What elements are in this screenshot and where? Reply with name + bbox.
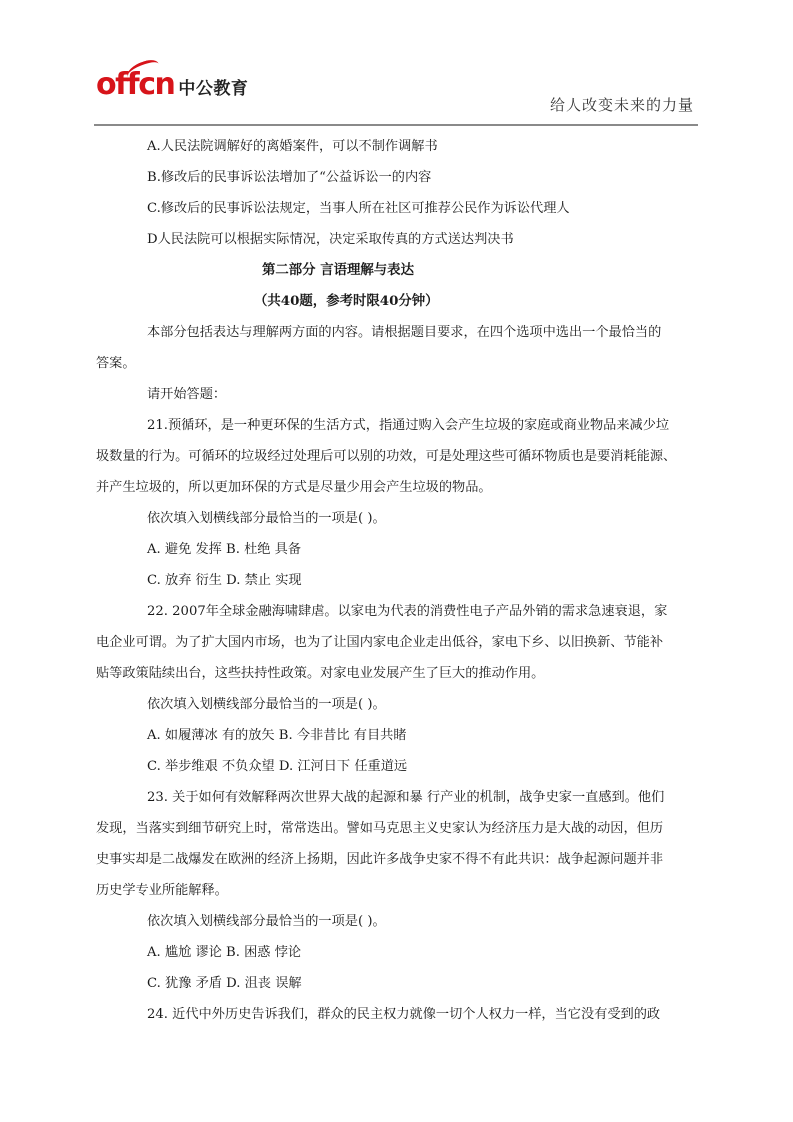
question-prompt: 依次填入划横线部分最恰当的一项是( )。 xyxy=(96,503,702,534)
question-stem-line: 史事实却是二战爆发在欧洲的经济上扬期，因此许多战争史家不得不有此共识：战争起源问… xyxy=(96,844,702,875)
question-stem-line: 24. 近代中外历史告诉我们，群众的民主权力就像一切个人权力一样，当它没有受到的… xyxy=(96,999,702,1030)
question-stem-line: 22. 2007年全球金融海啸肆虐。以家电为代表的消费性电子产品外销的需求急速衰… xyxy=(96,596,702,627)
option-line: D人民法院可以根据实际情况，决定采取传真的方式送达判决书 xyxy=(96,224,702,255)
question-stem-line: 23. 关于如何有效解释两次世界大战的起源和暴 行产业的机制，战争史家一直感到。… xyxy=(96,782,702,813)
question-stem-line: 21.预循环，是一种更环保的生活方式，指通过购入会产生垃圾的家庭或商业物品来减少… xyxy=(96,410,702,441)
offcn-logo: offcn 中公教育 xyxy=(96,66,248,100)
question-21: 21.预循环，是一种更环保的生活方式，指通过购入会产生垃圾的家庭或商业物品来减少… xyxy=(96,410,702,596)
document-body: A.人民法院调解好的离婚案件，可以不制作调解书 B.修改后的民事诉讼法增加了“公… xyxy=(96,131,702,1030)
option-line: C.修改后的民事诉讼法规定，当事人所在社区可推荐公民作为诉讼代理人 xyxy=(96,193,702,224)
section-title: 第二部分 言语理解与表达 xyxy=(96,255,702,286)
logo-latin-wordmark: offcn xyxy=(96,70,174,100)
previous-question-options: A.人民法院调解好的离婚案件，可以不制作调解书 B.修改后的民事诉讼法增加了“公… xyxy=(96,131,702,255)
page-header: offcn 中公教育 给人改变未来的力量 xyxy=(94,62,698,126)
section-intro: 本部分包括表达与理解两方面的内容。请根据题目要求，在四个选项中选出一个最恰当的 … xyxy=(96,317,702,410)
question-prompt: 依次填入划横线部分最恰当的一项是( )。 xyxy=(96,906,702,937)
intro-line: 答案。 xyxy=(96,348,702,379)
document-page: offcn 中公教育 给人改变未来的力量 A.人民法院调解好的离婚案件，可以不制… xyxy=(0,0,793,1122)
question-options: C. 举步维艰 不负众望 D. 江河日下 任重道远 xyxy=(96,751,702,782)
question-stem-line: 发现，当落实到细节研究上时，常常迭出。譬如马克思主义史家认为经济压力是大战的动因… xyxy=(96,813,702,844)
question-options: A. 避免 发挥 B. 杜绝 具备 xyxy=(96,534,702,565)
question-stem-line: 电企业可谓。为了扩大国内市场，也为了让国内家电企业走出低谷，家电下乡、以旧换新、… xyxy=(96,627,702,658)
section-subtitle: （共40题，参考时限40分钟） xyxy=(96,286,702,317)
question-24: 24. 近代中外历史告诉我们，群众的民主权力就像一切个人权力一样，当它没有受到的… xyxy=(96,999,702,1030)
question-options: A. 如履薄冰 有的放矢 B. 今非昔比 有目共睹 xyxy=(96,720,702,751)
option-line: B.修改后的民事诉讼法增加了“公益诉讼一的内容 xyxy=(96,162,702,193)
question-stem-line: 历史学专业所能解释。 xyxy=(96,875,702,906)
header-slogan: 给人改变未来的力量 xyxy=(550,94,694,115)
start-instruction: 请开始答题： xyxy=(96,379,702,410)
question-23: 23. 关于如何有效解释两次世界大战的起源和暴 行产业的机制，战争史家一直感到。… xyxy=(96,782,702,999)
question-prompt: 依次填入划横线部分最恰当的一项是( )。 xyxy=(96,689,702,720)
logo-chinese-wordmark: 中公教育 xyxy=(178,78,248,100)
question-stem-line: 圾数量的行为。可循环的垃圾经过处理后可以别的功效，可是处理这些可循环物质也是要消… xyxy=(96,441,702,472)
question-options: C. 放弃 衍生 D. 禁止 实现 xyxy=(96,565,702,596)
question-22: 22. 2007年全球金融海啸肆虐。以家电为代表的消费性电子产品外销的需求急速衰… xyxy=(96,596,702,782)
option-line: A.人民法院调解好的离婚案件，可以不制作调解书 xyxy=(96,131,702,162)
question-stem-line: 并产生垃圾的，所以更加环保的方式是尽量少用会产生垃圾的物品。 xyxy=(96,472,702,503)
header-divider xyxy=(94,124,698,126)
question-options: C. 犹豫 矛盾 D. 沮丧 误解 xyxy=(96,968,702,999)
question-options: A. 尴尬 谬论 B. 困惑 悖论 xyxy=(96,937,702,968)
question-stem-line: 贴等政策陆续出台，这些扶持性政策。对家电业发展产生了巨大的推动作用。 xyxy=(96,658,702,689)
section-heading: 第二部分 言语理解与表达 （共40题，参考时限40分钟） xyxy=(96,255,702,317)
intro-line: 本部分包括表达与理解两方面的内容。请根据题目要求，在四个选项中选出一个最恰当的 xyxy=(96,317,702,348)
